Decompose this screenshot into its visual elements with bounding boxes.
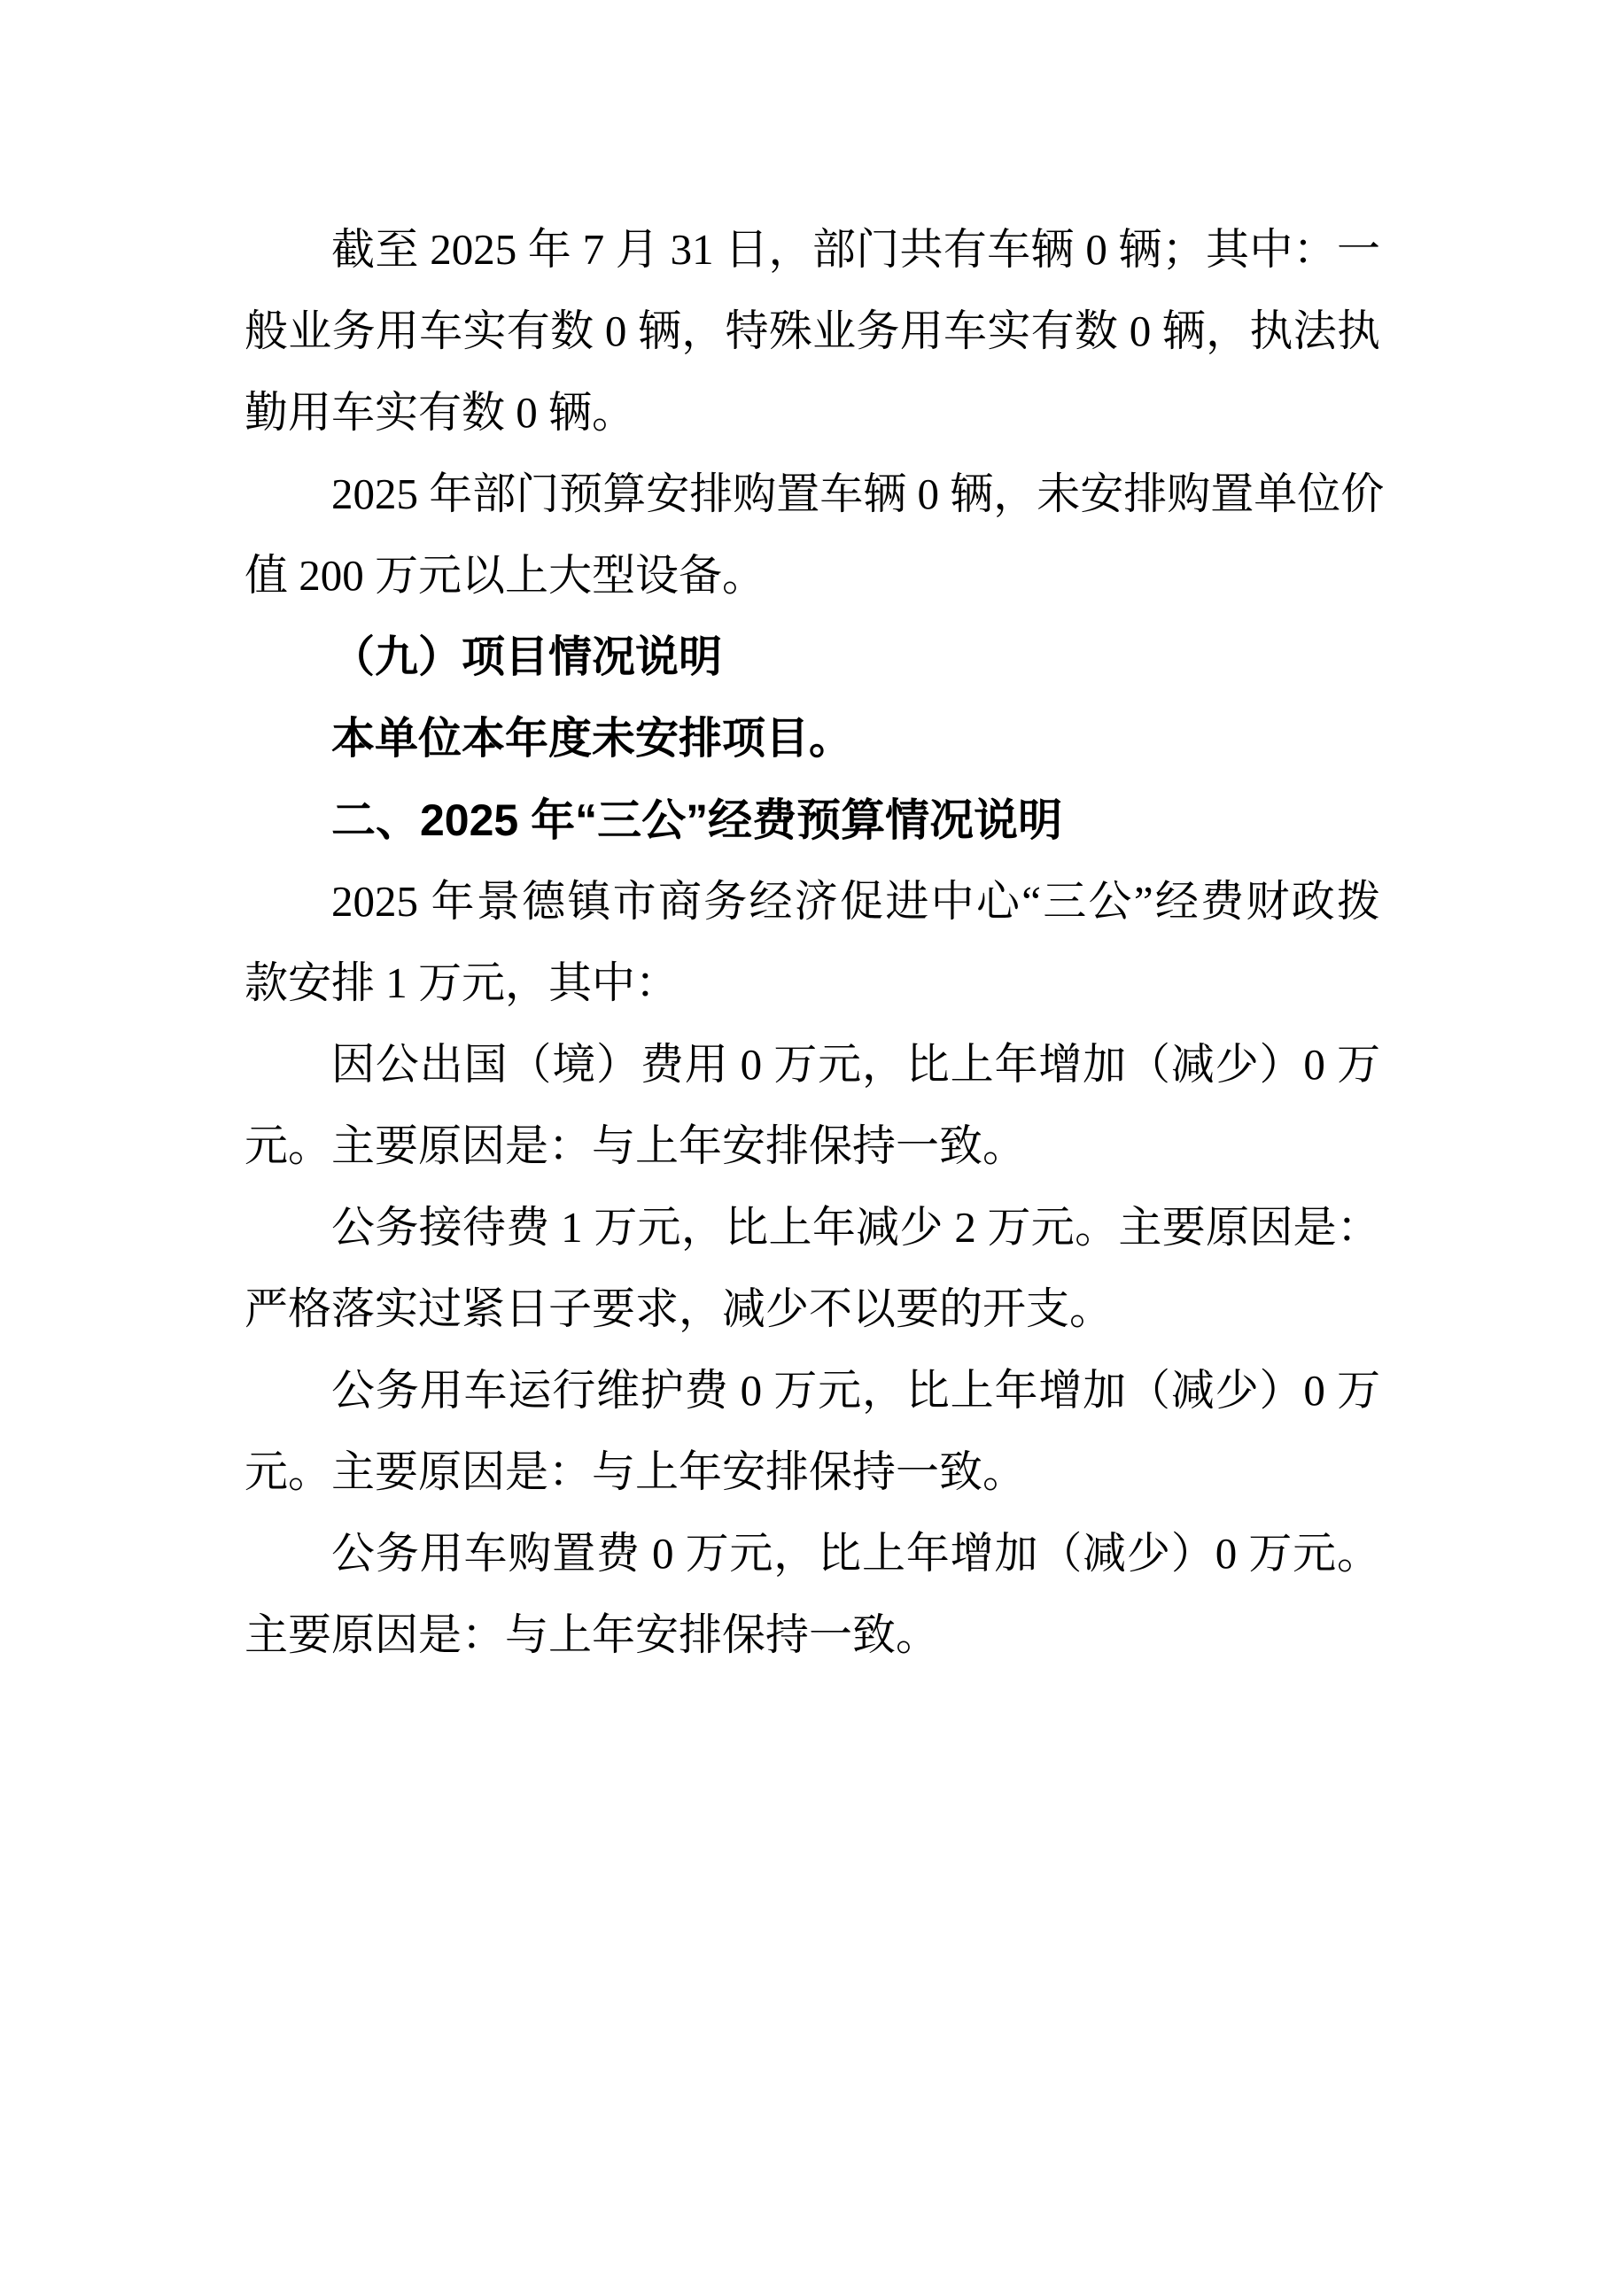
text-line: 公务用车购置费 0 万元，比上年增加（减少）0 万元。	[245, 1513, 1380, 1594]
document-page: 截至 2025 年 7 月 31 日，部门共有车辆 0 辆；其中：一般业务用车实…	[0, 0, 1623, 2296]
text-line: 主要原因是：与上年安排保持一致。	[245, 1594, 1380, 1676]
text-line: 元。主要原因是：与上年安排保持一致。	[245, 1105, 1380, 1187]
text-line: 2025 年景德镇市商务经济促进中心“三公”经费财政拨	[245, 861, 1380, 942]
text-line: 勤用车实有数 0 辆。	[245, 372, 1380, 454]
text-line: 公务用车运行维护费 0 万元，比上年增加（减少）0 万	[245, 1350, 1380, 1431]
text-line: 公务接待费 1 万元，比上年减少 2 万元。主要原因是：	[245, 1187, 1380, 1268]
text-line: 般业务用车实有数 0 辆，特殊业务用车实有数 0 辆，执法执	[245, 291, 1380, 372]
text-line: 严格落实过紧日子要求，减少不以要的开支。	[245, 1268, 1380, 1350]
text-line: （九）项目情况说明	[245, 617, 1380, 698]
text-line: 本单位本年度未安排项目。	[245, 698, 1380, 780]
text-line: 值 200 万元以上大型设备。	[245, 535, 1380, 617]
text-line: 元。主要原因是：与上年安排保持一致。	[245, 1431, 1380, 1513]
text-line: 2025 年部门预算安排购置车辆 0 辆，未安排购置单位价	[245, 454, 1380, 535]
text-line: 截至 2025 年 7 月 31 日，部门共有车辆 0 辆；其中：一	[245, 209, 1380, 291]
text-line: 二、2025 年“三公”经费预算情况说明	[245, 780, 1380, 861]
text-line: 因公出国（境）费用 0 万元，比上年增加（减少）0 万	[245, 1024, 1380, 1105]
text-line: 款安排 1 万元，其中：	[245, 942, 1380, 1024]
document-body: 截至 2025 年 7 月 31 日，部门共有车辆 0 辆；其中：一般业务用车实…	[245, 209, 1380, 1676]
